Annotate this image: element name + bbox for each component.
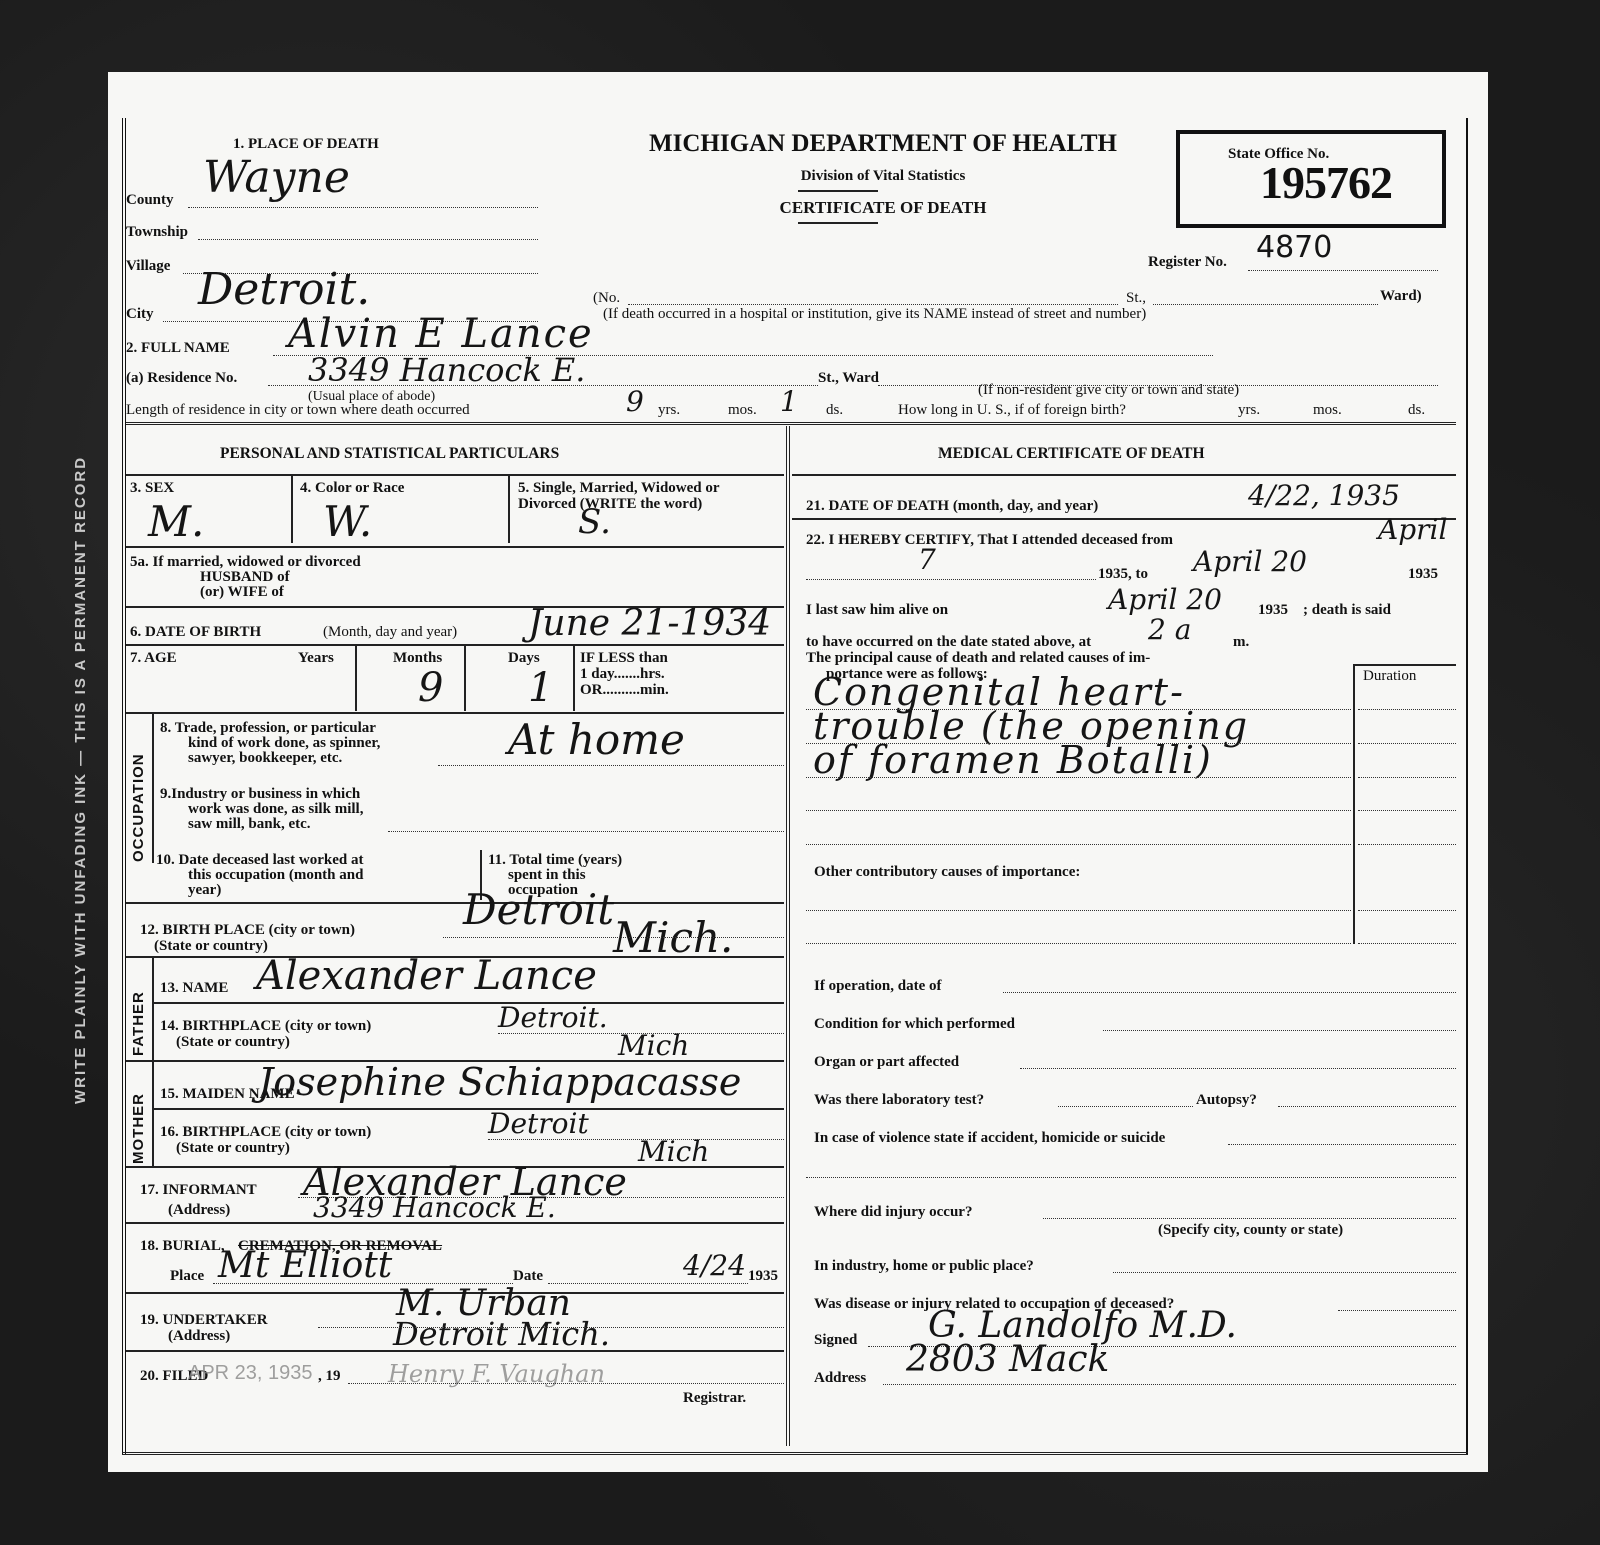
divider xyxy=(355,645,357,711)
foreign-birth-label: How long in U. S., if of foreign birth? xyxy=(898,402,1126,419)
father-birthplace-sublabel: (State or country) xyxy=(176,1034,290,1051)
duration-underline xyxy=(1358,810,1456,811)
dob-sublabel: (Month, day and year) xyxy=(323,624,457,641)
township-label: Township xyxy=(126,224,188,241)
physician-address: 2803 Mack xyxy=(906,1342,1109,1378)
cause-underline xyxy=(806,810,1351,811)
dob-value: June 21-1934 xyxy=(528,606,771,642)
divider xyxy=(154,1002,784,1004)
last-worked-label-3: year) xyxy=(188,882,221,899)
burial-label: 18. BURIAL, xyxy=(140,1238,225,1255)
divider xyxy=(152,713,154,863)
injury-where-label: Where did injury occur? xyxy=(814,1204,972,1221)
father-birthplace-label: 14. BIRTHPLACE (city or town) xyxy=(160,1018,371,1035)
divider xyxy=(126,1222,784,1224)
autopsy-label: Autopsy? xyxy=(1196,1092,1257,1109)
certify-label: 22. I HEREBY CERTIFY, That I attended de… xyxy=(806,532,1173,549)
medical-heading: MEDICAL CERTIFICATE OF DEATH xyxy=(938,445,1205,462)
divider xyxy=(508,475,510,543)
attended-to-year: 1935 xyxy=(1408,566,1438,583)
duration-underline xyxy=(1358,777,1456,778)
divider xyxy=(126,474,784,476)
foreign-mos-label: mos. xyxy=(1313,402,1342,419)
informant-address: 3349 Hancock E. xyxy=(313,1190,556,1226)
underline xyxy=(1153,304,1378,305)
hospital-note: (If death occurred in a hospital or inst… xyxy=(603,306,1146,323)
burial-date-value: 4/24 xyxy=(683,1248,746,1284)
signed-label: Signed xyxy=(814,1332,857,1349)
birthplace-city: Detroit xyxy=(463,892,614,928)
ward-label: Ward) xyxy=(1380,288,1422,305)
filed-stamp: APR 23, 1935 xyxy=(188,1362,313,1385)
underline xyxy=(348,1383,784,1384)
m-label: m. xyxy=(1233,634,1249,651)
full-name-value: Alvin E Lance xyxy=(288,316,594,352)
duration-underline xyxy=(1358,743,1456,744)
duration-underline xyxy=(1358,709,1456,710)
cause-label: The principal cause of death and related… xyxy=(806,650,1150,667)
duration-label: Duration xyxy=(1363,668,1416,685)
divider xyxy=(154,1108,784,1110)
specify-label: (Specify city, county or state) xyxy=(1158,1222,1343,1239)
birthplace-label: 12. BIRTH PLACE (city or town) xyxy=(140,922,355,939)
mother-birth-city: Detroit xyxy=(488,1106,589,1142)
divider xyxy=(126,644,784,646)
lab-test-label: Was there laboratory test? xyxy=(814,1092,984,1109)
filed-year-prefix: , 19 xyxy=(318,1368,341,1385)
dod-value: 4/22, 1935 xyxy=(1248,478,1400,514)
birthplace-state: Mich. xyxy=(613,920,733,956)
underline xyxy=(488,1139,784,1140)
years-label: Years xyxy=(298,650,334,667)
duration-divider xyxy=(1353,664,1355,944)
underline xyxy=(628,304,1118,305)
residence-months: 1 xyxy=(780,384,798,420)
divider xyxy=(798,190,878,192)
death-certificate: MICHIGAN DEPARTMENT OF HEALTH Division o… xyxy=(108,72,1488,1472)
underline xyxy=(1248,270,1438,271)
underline xyxy=(1228,1144,1456,1145)
column-divider xyxy=(786,426,790,1446)
village-label: Village xyxy=(126,258,170,275)
age-label: 7. AGE xyxy=(130,650,177,667)
mother-section-label: MOTHER xyxy=(130,1068,147,1164)
underline xyxy=(548,1283,748,1284)
divider xyxy=(1353,664,1456,666)
informant-label: 17. INFORMANT xyxy=(140,1182,257,1199)
operation-label: If operation, date of xyxy=(814,978,942,995)
attended-from-day: 7 xyxy=(918,542,936,578)
physician-address-label: Address xyxy=(814,1370,866,1387)
county-value: Wayne xyxy=(203,160,350,196)
dod-label: 21. DATE OF DEATH (month, day, and year) xyxy=(806,498,1098,515)
cause-underline xyxy=(806,777,1351,778)
foreign-yrs-label: yrs. xyxy=(1238,402,1260,419)
divider xyxy=(798,222,878,224)
divider xyxy=(126,546,784,548)
division-title: Division of Vital Statistics xyxy=(683,168,1083,185)
attended-from-month: April xyxy=(1378,512,1447,548)
violence-label: In case of violence state if accident, h… xyxy=(814,1130,1165,1147)
city-label: City xyxy=(126,306,154,323)
duration-underline xyxy=(1358,910,1456,911)
residence-label: (a) Residence No. xyxy=(126,370,237,387)
personal-heading: PERSONAL AND STATISTICAL PARTICULARS xyxy=(220,445,559,462)
underline xyxy=(443,937,784,938)
length-residence-label: Length of residence in city or town wher… xyxy=(126,402,470,419)
state-office-number: 195762 xyxy=(1260,156,1392,209)
min-label: OR..........min. xyxy=(580,682,669,699)
side-notice: WRITE PLAINLY WITH UNFADING INK — THIS I… xyxy=(72,300,102,1260)
marital-value: S. xyxy=(578,504,611,540)
condition-label: Condition for which performed xyxy=(814,1016,1015,1033)
cause-underline xyxy=(806,844,1351,845)
death-time: 2 a xyxy=(1148,612,1191,648)
underline xyxy=(806,579,1096,580)
underline xyxy=(883,1384,1456,1385)
sex-label: 3. SEX xyxy=(130,480,174,497)
occurred-label: to have occurred on the date stated abov… xyxy=(806,634,1091,651)
divider xyxy=(792,518,1456,520)
st-label: St., xyxy=(1126,290,1146,307)
duration-underline xyxy=(1358,943,1456,944)
color-label: 4. Color or Race xyxy=(300,480,404,497)
full-name-label: 2. FULL NAME xyxy=(126,340,230,357)
last-saw-year: 1935 xyxy=(1258,602,1288,619)
register-number: 4870 xyxy=(1256,230,1332,266)
industry-label-3: saw mill, bank, etc. xyxy=(188,816,311,833)
father-birth-city: Detroit. xyxy=(498,1000,608,1036)
age-days: 1 xyxy=(528,670,553,706)
attended-from-year: 1935, to xyxy=(1098,566,1148,583)
underline xyxy=(1338,1310,1456,1311)
father-name-label: 13. NAME xyxy=(160,980,228,997)
no-label: (No. xyxy=(593,290,620,307)
divider xyxy=(152,957,154,1061)
duration-underline xyxy=(1358,844,1456,845)
underline xyxy=(806,1177,1456,1178)
underline xyxy=(498,1033,784,1034)
place-of-death-heading: 1. PLACE OF DEATH xyxy=(233,136,379,153)
informant-address-label: (Address) xyxy=(168,1202,230,1219)
dob-label: 6. DATE OF BIRTH xyxy=(130,624,261,641)
divider xyxy=(464,645,466,711)
sex-value: M. xyxy=(148,504,204,540)
underline xyxy=(318,1327,784,1328)
father-section-label: FATHER xyxy=(130,966,147,1056)
divider xyxy=(152,1061,154,1167)
organ-label: Organ or part affected xyxy=(814,1054,959,1071)
underline xyxy=(1020,1068,1456,1069)
mos-label: mos. xyxy=(728,402,757,419)
burial-year: 1935 xyxy=(748,1268,778,1285)
underline xyxy=(198,239,538,240)
undertaker-address-label: (Address) xyxy=(168,1328,230,1345)
ds-label: ds. xyxy=(826,402,843,419)
underline xyxy=(1058,1106,1193,1107)
underline xyxy=(1003,992,1456,993)
state-office-box: State Office No. 195762 xyxy=(1176,130,1446,228)
burial-place-label: Place xyxy=(170,1268,204,1285)
nonresident-note: (If non-resident give city or town and s… xyxy=(978,382,1239,399)
marital-label: 5. Single, Married, Widowed or Divorced … xyxy=(518,480,780,512)
cause-line-3: of foramen Botalli) xyxy=(813,742,1213,778)
bottom-border xyxy=(122,1452,1468,1455)
other-causes-label: Other contributory causes of importance: xyxy=(814,864,1080,881)
less-than-label: IF LESS than xyxy=(580,650,668,667)
yrs-label: yrs. xyxy=(658,402,680,419)
attended-to-date: April 20 xyxy=(1193,544,1307,580)
underline xyxy=(1043,1218,1456,1219)
birthplace-sublabel: (State or country) xyxy=(154,938,268,955)
divider xyxy=(126,712,784,714)
underline xyxy=(1103,1030,1456,1031)
underline xyxy=(268,385,818,386)
occupation-section-label: OCCUPATION xyxy=(130,732,147,862)
city-value: Detroit. xyxy=(198,272,370,308)
residence-years: 9 xyxy=(626,384,644,420)
underline xyxy=(1113,1272,1456,1273)
divider xyxy=(126,902,784,904)
underline xyxy=(188,207,538,208)
foreign-ds-label: ds. xyxy=(1408,402,1425,419)
certificate-title: CERTIFICATE OF DEATH xyxy=(683,198,1083,218)
hrs-label: 1 day.......hrs. xyxy=(580,666,665,683)
department-title: MICHIGAN DEPARTMENT OF HEALTH xyxy=(583,130,1183,158)
divider xyxy=(291,475,293,543)
county-label: County xyxy=(126,192,174,209)
undertaker-address: Detroit Mich. xyxy=(393,1316,610,1352)
mother-birthplace-label: 16. BIRTHPLACE (city or town) xyxy=(160,1124,371,1141)
divider xyxy=(792,474,1456,476)
color-value: W. xyxy=(323,504,372,540)
undertaker-label: 19. UNDERTAKER xyxy=(140,1312,268,1329)
underline xyxy=(1278,1106,1456,1107)
burial-place-value: Mt Elliott xyxy=(218,1248,392,1284)
residence-value: 3349 Hancock E. xyxy=(308,352,585,388)
maiden-name-value: Josephine Schiappacasse xyxy=(258,1064,741,1100)
registrar-label: Registrar. xyxy=(683,1390,746,1407)
trade-label-3: sawyer, bookkeeper, etc. xyxy=(188,750,342,767)
age-months: 9 xyxy=(418,670,443,706)
death-said-label: ; death is said xyxy=(1303,602,1391,619)
father-name-value: Alexander Lance xyxy=(256,958,597,994)
register-label: Register No. xyxy=(1148,254,1227,271)
mother-birthplace-sublabel: (State or country) xyxy=(176,1140,290,1157)
underline xyxy=(806,910,1351,911)
industry-place-label: In industry, home or public place? xyxy=(814,1258,1034,1275)
trade-value: At home xyxy=(508,722,685,758)
underline xyxy=(388,831,784,832)
underline xyxy=(806,943,1351,944)
divider xyxy=(573,645,575,711)
st-ward-label: St., Ward xyxy=(818,370,879,387)
divider xyxy=(126,422,1456,425)
wife-of-label: (or) WIFE of xyxy=(200,584,284,601)
underline xyxy=(438,765,784,766)
last-saw-label: I last saw him alive on xyxy=(806,602,948,619)
divider xyxy=(126,1350,784,1352)
